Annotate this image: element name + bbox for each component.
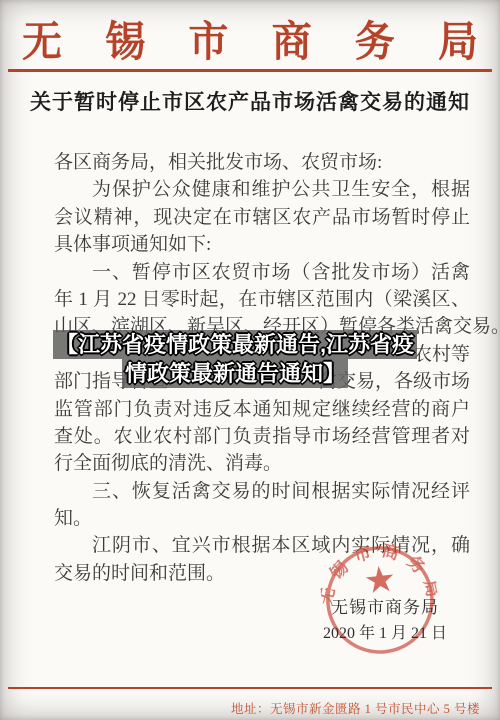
agency-header: 无 锡 市 商 务 局 <box>0 10 500 67</box>
agency-char: 市 <box>188 9 228 69</box>
body-line: 三、恢复活禽交易的时间根据实际情况经评估后另行通 <box>54 478 470 505</box>
body-line: 查处。农业农村部门负责指导市场经营管理者对交易场所实 <box>54 423 470 450</box>
agency-char: 局 <box>438 9 478 69</box>
footer-address: 地址：无锡市新金匮路 1 号市民中心 5 号楼 <box>231 699 480 717</box>
body-line: 各区商务局，相关批发市场、农贸市场: <box>54 149 470 176</box>
body-line: 监管部门负责对违反本通知规定继续经营的商户依法进行 <box>54 396 470 423</box>
signature-block: 无锡市商务局 2020 年 1 月 21 日 <box>315 594 455 647</box>
overlay-line-1: 【江苏省疫情政策最新通告,江苏省疫 <box>53 330 417 359</box>
agency-char: 商 <box>272 9 312 69</box>
signature-agency: 无锡市商务局 <box>315 594 455 621</box>
agency-char: 务 <box>355 9 395 69</box>
body-line: 知。 <box>54 505 470 532</box>
header-divider <box>8 69 492 72</box>
agency-char: 锡 <box>105 9 145 69</box>
body-line: 会议精神，现决定在市辖区农产品市场暂时停止活禽交易， <box>54 204 470 231</box>
body-line: 为保护公众健康和维护公共卫生安全，根据市政府常务 <box>54 176 470 203</box>
body-line: 具体事项通知如下: <box>54 231 470 258</box>
subtitle-overlay-banner: 【江苏省疫情政策最新通告,江苏省疫 情政策最新通告通知】 <box>0 330 470 388</box>
body-line: 行全面彻底的清洗、消毒。 <box>54 450 470 477</box>
document-page: 无 锡 市 商 务 局 关于暂时停止市区农产品市场活禽交易的通知 各区商务局，相… <box>0 0 500 720</box>
body-line: 一、暂停市区农贸市场（含批发市场）活禽交易。自 2020 <box>54 259 470 286</box>
document-title: 关于暂时停止市区农产品市场活禽交易的通知 <box>0 86 500 116</box>
footer-divider <box>8 687 492 689</box>
agency-char: 无 <box>22 9 62 69</box>
signature-date: 2020 年 1 月 21 日 <box>315 621 455 647</box>
body-line: 年 1 月 22 日零时起，在市辖区范围内（梁溪区、锡山区、惠 <box>54 286 470 313</box>
overlay-line-2: 情政策最新通告通知】 <box>122 359 348 388</box>
